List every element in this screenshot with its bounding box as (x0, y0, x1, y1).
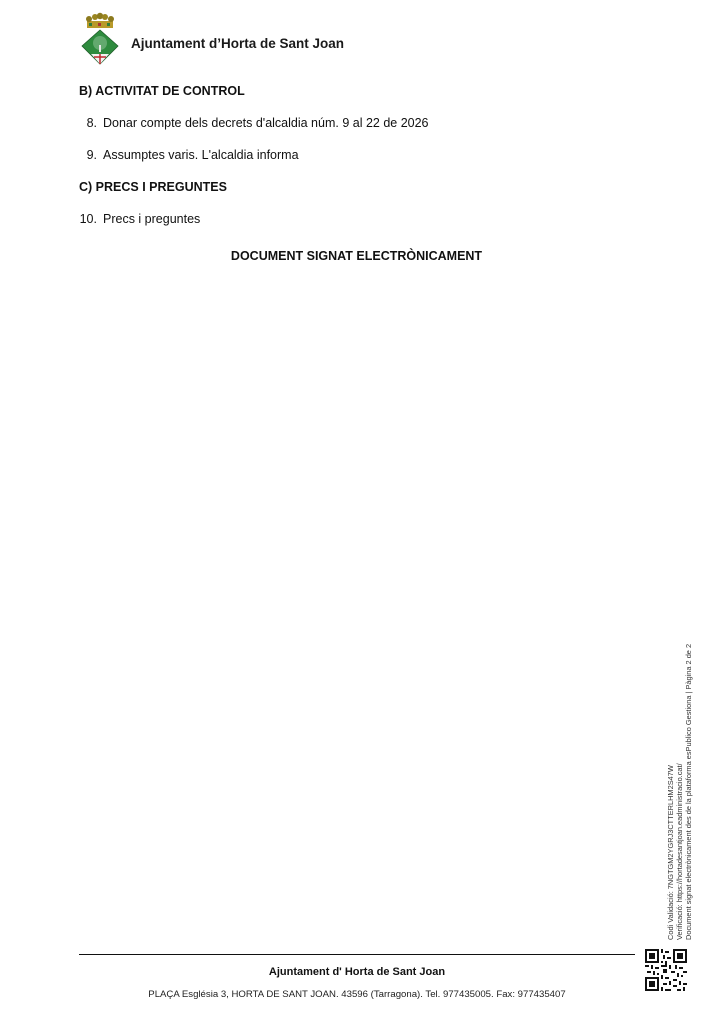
signature-notice: DOCUMENT SIGNAT ELECTRÒNICAMENT (0, 249, 713, 263)
section-heading-b: B) ACTIVITAT DE CONTROL (79, 84, 245, 98)
item-number: 10. (79, 212, 97, 226)
signature-platform-note: Document signat electrònicament des de l… (684, 644, 693, 940)
coat-of-arms-icon (80, 12, 120, 68)
validation-code: Codi Validació: 7NGTGM2YGRJ3CTTERLHM2S47… (666, 644, 675, 940)
footer-address: PLAÇA Església 3, HORTA DE SANT JOAN. 43… (79, 989, 635, 1000)
item-text: Assumptes varis. L'alcaldia informa (103, 148, 299, 162)
verification-url[interactable]: Verificació: https://hortadesantjoan.ead… (675, 644, 684, 940)
item-text: Precs i preguntes (103, 212, 200, 226)
footer-title: Ajuntament d' Horta de Sant Joan (79, 966, 635, 978)
section-heading-c: C) PRECS I PREGUNTES (79, 180, 227, 194)
item-number: 9. (79, 148, 97, 162)
agenda-item-10: 10. Precs i preguntes (79, 212, 529, 228)
qr-code-icon (645, 949, 687, 991)
agenda-item-9: 9. Assumptes varis. L'alcaldia informa (79, 148, 529, 164)
item-text: Donar compte dels decrets d'alcaldia núm… (103, 116, 429, 130)
agenda-item-8: 8. Donar compte dels decrets d'alcaldia … (79, 116, 529, 132)
header-title: Ajuntament d’Horta de Sant Joan (131, 36, 344, 51)
item-number: 8. (79, 116, 97, 130)
validation-side-text: Codi Validació: 7NGTGM2YGRJ3CTTERLHM2S47… (666, 644, 693, 940)
footer-divider (79, 954, 635, 955)
